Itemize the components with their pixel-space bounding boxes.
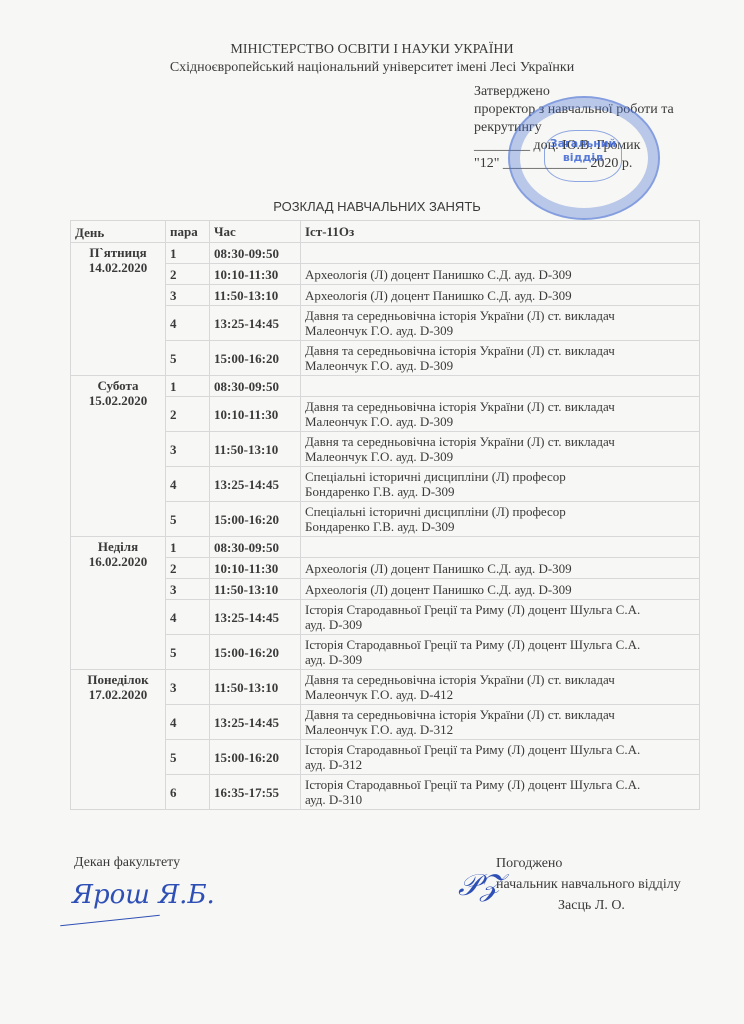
day-date: 16.02.2020	[75, 554, 161, 569]
subject-line: ауд. D-309	[305, 652, 695, 667]
time-cell: 15:00-16:20	[210, 740, 301, 775]
time-cell: 11:50-13:10	[210, 285, 301, 306]
table-row: Субота15.02.2020108:30-09:50	[71, 376, 700, 397]
subject-line: Давня та середньовічна історія України (…	[305, 308, 695, 323]
para-cell: 1	[166, 537, 210, 558]
agreed-label: Погоджено	[496, 853, 681, 874]
para-cell: 5	[166, 635, 210, 670]
column-header-para: пара	[166, 221, 210, 243]
time-cell: 10:10-11:30	[210, 264, 301, 285]
ministry-heading: МІНІСТЕРСТВО ОСВІТИ І НАУКИ УКРАЇНИ	[0, 42, 744, 58]
day-name: П`ятниця	[75, 245, 161, 260]
table-header-row: День пара Час Іст-11Оз	[71, 221, 700, 243]
subject-line: ауд. D-310	[305, 792, 695, 807]
subject-cell: Археологія (Л) доцент Панишко С.Д. ауд. …	[301, 579, 700, 600]
subject-cell: Спеціальні історичні дисципліни (Л) проф…	[301, 467, 700, 502]
column-header-group: Іст-11Оз	[301, 221, 700, 243]
day-cell: Субота15.02.2020	[71, 376, 166, 537]
time-cell: 15:00-16:20	[210, 341, 301, 376]
subject-line: Історія Стародавньої Греції та Риму (Л) …	[305, 637, 695, 652]
subject-line: Археологія (Л) доцент Панишко С.Д. ауд. …	[305, 267, 695, 282]
subject-cell: Історія Стародавньої Греції та Риму (Л) …	[301, 600, 700, 635]
subject-line: Малеончук Г.О. ауд. D-312	[305, 722, 695, 737]
para-cell: 5	[166, 740, 210, 775]
table-row: 210:10-11:30Археологія (Л) доцент Панишк…	[71, 558, 700, 579]
table-row: 515:00-16:20Давня та середньовічна істор…	[71, 341, 700, 376]
time-cell: 11:50-13:10	[210, 579, 301, 600]
subject-cell: Давня та середньовічна історія України (…	[301, 705, 700, 740]
subject-cell: Спеціальні історичні дисципліни (Л) проф…	[301, 502, 700, 537]
table-row: 413:25-14:45Історія Стародавньої Греції …	[71, 600, 700, 635]
schedule-title: РОЗКЛАД НАВЧАЛЬНИХ ЗАНЯТЬ	[0, 199, 744, 214]
subject-cell	[301, 243, 700, 264]
subject-line: Малеончук Г.О. ауд. D-309	[305, 323, 695, 338]
para-cell: 2	[166, 397, 210, 432]
para-cell: 6	[166, 775, 210, 810]
table-row: 210:10-11:30Давня та середньовічна істор…	[71, 397, 700, 432]
day-date: 17.02.2020	[75, 687, 161, 702]
subject-line: Давня та середньовічна історія України (…	[305, 707, 695, 722]
subject-line: Малеончук Г.О. ауд. D-309	[305, 414, 695, 429]
para-cell: 4	[166, 467, 210, 502]
schedule-body: П`ятниця14.02.2020108:30-09:50210:10-11:…	[71, 243, 700, 810]
signature-line	[60, 915, 160, 926]
column-header-time: Час	[210, 221, 301, 243]
time-cell: 11:50-13:10	[210, 432, 301, 467]
time-cell: 16:35-17:55	[210, 775, 301, 810]
table-row: 311:50-13:10Археологія (Л) доцент Панишк…	[71, 579, 700, 600]
table-row: 616:35-17:55Історія Стародавньої Греції …	[71, 775, 700, 810]
stamp-text: відділ	[545, 151, 621, 165]
subject-cell: Давня та середньовічна історія України (…	[301, 306, 700, 341]
subject-cell: Давня та середньовічна історія України (…	[301, 432, 700, 467]
subject-line: Археологія (Л) доцент Панишко С.Д. ауд. …	[305, 288, 695, 303]
table-row: 210:10-11:30Археологія (Л) доцент Панишк…	[71, 264, 700, 285]
subject-cell: Археологія (Л) доцент Панишко С.Д. ауд. …	[301, 285, 700, 306]
stamp-text: Загальний	[545, 137, 621, 151]
subject-line: Історія Стародавньої Греції та Риму (Л) …	[305, 777, 695, 792]
subject-cell: Історія Стародавньої Греції та Риму (Л) …	[301, 740, 700, 775]
subject-cell: Історія Стародавньої Греції та Риму (Л) …	[301, 635, 700, 670]
time-cell: 10:10-11:30	[210, 558, 301, 579]
time-cell: 08:30-09:50	[210, 243, 301, 264]
table-row: Понеділок17.02.2020311:50-13:10Давня та …	[71, 670, 700, 705]
day-name: Неділя	[75, 539, 161, 554]
subject-line: Археологія (Л) доцент Панишко С.Д. ауд. …	[305, 582, 695, 597]
schedule-table: День пара Час Іст-11Оз П`ятниця14.02.202…	[70, 220, 700, 810]
time-cell: 10:10-11:30	[210, 397, 301, 432]
day-cell: П`ятниця14.02.2020	[71, 243, 166, 376]
subject-line: Давня та середньовічна історія України (…	[305, 434, 695, 449]
para-cell: 2	[166, 264, 210, 285]
subject-line: Давня та середньовічна історія України (…	[305, 672, 695, 687]
subject-line: Давня та середньовічна історія України (…	[305, 399, 695, 414]
para-cell: 1	[166, 243, 210, 264]
time-cell: 11:50-13:10	[210, 670, 301, 705]
agreed-position: начальник навчального відділу	[496, 874, 681, 895]
time-cell: 13:25-14:45	[210, 306, 301, 341]
table-row: 515:00-16:20Історія Стародавньої Греції …	[71, 740, 700, 775]
para-cell: 5	[166, 341, 210, 376]
dean-label: Декан факультету	[74, 855, 180, 871]
table-row: 515:00-16:20Історія Стародавньої Греції …	[71, 635, 700, 670]
table-row: 311:50-13:10Давня та середньовічна істор…	[71, 432, 700, 467]
day-cell: Понеділок17.02.2020	[71, 670, 166, 810]
day-date: 14.02.2020	[75, 260, 161, 275]
para-cell: 4	[166, 705, 210, 740]
table-row: Неділя16.02.2020108:30-09:50	[71, 537, 700, 558]
para-cell: 4	[166, 600, 210, 635]
university-heading: Східноєвропейський національний універси…	[0, 60, 744, 76]
column-header-day: День	[71, 221, 166, 243]
day-name: Субота	[75, 378, 161, 393]
subject-cell: Археологія (Л) доцент Панишко С.Д. ауд. …	[301, 558, 700, 579]
time-cell: 15:00-16:20	[210, 502, 301, 537]
subject-cell: Давня та середньовічна історія України (…	[301, 670, 700, 705]
subject-line: Спеціальні історичні дисципліни (Л) проф…	[305, 504, 695, 519]
table-row: П`ятниця14.02.2020108:30-09:50	[71, 243, 700, 264]
subject-line: Малеончук Г.О. ауд. D-412	[305, 687, 695, 702]
subject-cell	[301, 537, 700, 558]
subject-cell: Давня та середньовічна історія України (…	[301, 341, 700, 376]
para-cell: 5	[166, 502, 210, 537]
para-cell: 3	[166, 670, 210, 705]
subject-line: Давня та середньовічна історія України (…	[305, 343, 695, 358]
day-cell: Неділя16.02.2020	[71, 537, 166, 670]
subject-line: Бондаренко Г.В. ауд. D-309	[305, 484, 695, 499]
subject-line: Історія Стародавньої Греції та Риму (Л) …	[305, 602, 695, 617]
table-row: 413:25-14:45Спеціальні історичні дисципл…	[71, 467, 700, 502]
time-cell: 08:30-09:50	[210, 537, 301, 558]
table-row: 413:25-14:45Давня та середньовічна істор…	[71, 705, 700, 740]
subject-line: ауд. D-312	[305, 757, 695, 772]
para-cell: 3	[166, 579, 210, 600]
time-cell: 08:30-09:50	[210, 376, 301, 397]
dean-signature: Ярош Я.Б.	[72, 880, 215, 910]
para-cell: 4	[166, 306, 210, 341]
stamp-center: Загальний відділ	[544, 130, 622, 182]
subject-line: ауд. D-309	[305, 617, 695, 632]
subject-cell: Історія Стародавньої Греції та Риму (Л) …	[301, 775, 700, 810]
time-cell: 13:25-14:45	[210, 705, 301, 740]
day-date: 15.02.2020	[75, 393, 161, 408]
subject-line: Спеціальні історичні дисципліни (Л) проф…	[305, 469, 695, 484]
para-cell: 1	[166, 376, 210, 397]
table-row: 515:00-16:20Спеціальні історичні дисципл…	[71, 502, 700, 537]
subject-line: Малеончук Г.О. ауд. D-309	[305, 358, 695, 373]
day-name: Понеділок	[75, 672, 161, 687]
subject-line: Малеончук Г.О. ауд. D-309	[305, 449, 695, 464]
para-cell: 2	[166, 558, 210, 579]
subject-cell: Давня та середньовічна історія України (…	[301, 397, 700, 432]
subject-cell	[301, 376, 700, 397]
time-cell: 15:00-16:20	[210, 635, 301, 670]
time-cell: 13:25-14:45	[210, 467, 301, 502]
para-cell: 3	[166, 432, 210, 467]
subject-line: Історія Стародавньої Греції та Риму (Л) …	[305, 742, 695, 757]
table-row: 311:50-13:10Археологія (Л) доцент Панишк…	[71, 285, 700, 306]
para-cell: 3	[166, 285, 210, 306]
agreed-block: Погоджено начальник навчального відділу …	[496, 853, 681, 916]
subject-line: Бондаренко Г.В. ауд. D-309	[305, 519, 695, 534]
agreed-name: Засць Л. О.	[496, 895, 681, 916]
table-row: 413:25-14:45Давня та середньовічна істор…	[71, 306, 700, 341]
subject-cell: Археологія (Л) доцент Панишко С.Д. ауд. …	[301, 264, 700, 285]
time-cell: 13:25-14:45	[210, 600, 301, 635]
subject-line: Археологія (Л) доцент Панишко С.Д. ауд. …	[305, 561, 695, 576]
